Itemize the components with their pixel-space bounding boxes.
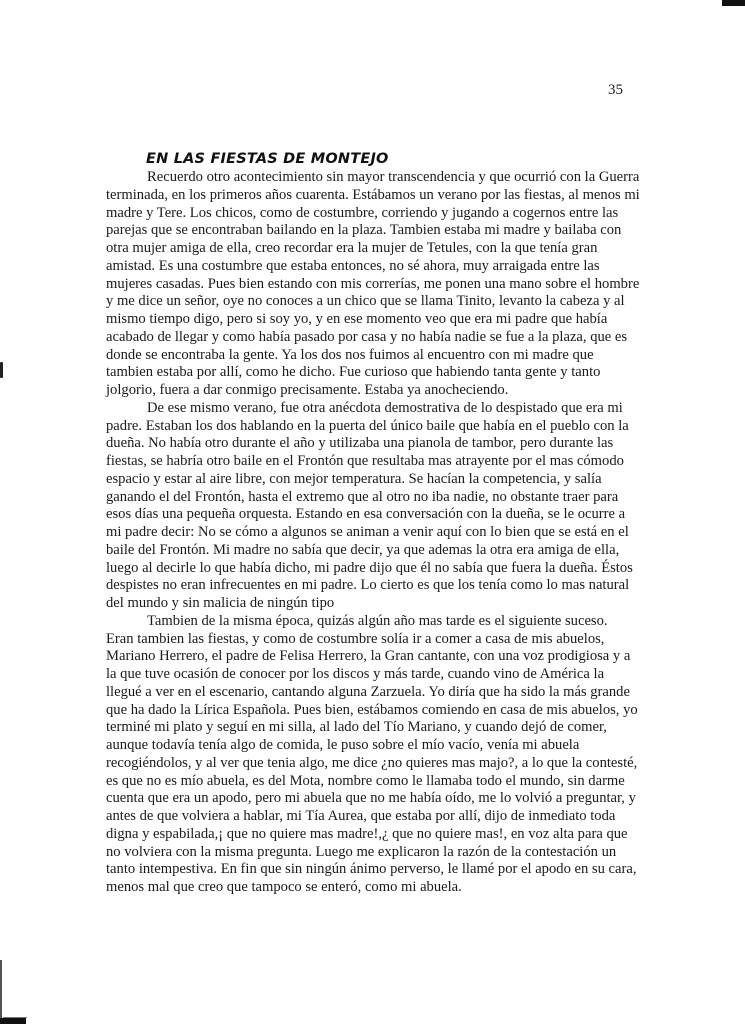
document-body: Recuerdo otro acontecimiento sin mayor t… <box>106 169 666 897</box>
text-line: recogiéndolos, y al ver que tenia algo, … <box>106 755 666 773</box>
page-number: 35 <box>608 82 623 99</box>
text-line: la que tuve ocasión de conocer por los d… <box>106 666 666 684</box>
text-line: Recuerdo otro acontecimiento sin mayor t… <box>106 169 666 187</box>
text-line: terminé mi plato y seguí en mi silla, al… <box>106 719 666 737</box>
text-line: despistes no eran infrecuentes en mi pad… <box>106 577 666 595</box>
section-title: EN LAS FIESTAS DE MONTEJO <box>146 150 389 168</box>
text-line: es que no es mío abuela, es del Mota, no… <box>106 773 666 791</box>
scan-artifact-top-right <box>722 0 745 6</box>
text-line: terminada, en los primeros años cuarenta… <box>106 187 666 205</box>
text-line: tanto intempestiva. En fin que sin ningú… <box>106 861 666 879</box>
text-line: espacio y estar al aire libre, con mejor… <box>106 471 666 489</box>
text-line: parejas que se encontraban bailando en l… <box>106 222 666 240</box>
text-line: amistad. Es una costumbre que estaba ent… <box>106 258 666 276</box>
text-line: digna y espabilada,¡ que no quiere mas m… <box>106 826 666 844</box>
text-line: dueña. No había otro durante el año y ut… <box>106 435 666 453</box>
text-line: ganando el del Frontón, hasta el extremo… <box>106 489 666 507</box>
text-line: Eran tambien las fiestas, y como de cost… <box>106 631 666 649</box>
text-line: aunque todavía tenía algo de comida, le … <box>106 737 666 755</box>
scan-artifact-left-edge <box>0 362 3 378</box>
text-line: jolgorio, fuera a dar conmigo precisamen… <box>106 382 666 400</box>
paragraph: Tambien de la misma época, quizás algún … <box>106 613 666 897</box>
paragraph: Recuerdo otro acontecimiento sin mayor t… <box>106 169 666 400</box>
text-line: y me dice un señor, oye no conoces a un … <box>106 293 666 311</box>
text-line: padre. Estaban los dos hablando en la pu… <box>106 418 666 436</box>
text-line: luego al decirle lo que había dicho, mi … <box>106 560 666 578</box>
text-line: del mundo y sin malicia de ningún tipo <box>106 595 666 613</box>
text-line: otra mujer amiga de ella, creo recordar … <box>106 240 666 258</box>
text-line: Tambien de la misma época, quizás algún … <box>106 613 666 631</box>
text-line: acabado de llegar y como había pasado po… <box>106 329 666 347</box>
scan-artifact-bottom-corner <box>0 1018 26 1024</box>
text-line: baile del Frontón. Mi madre no sabía que… <box>106 542 666 560</box>
text-line: no volviera con la misma pregunta. Luego… <box>106 844 666 862</box>
text-line: que ha dado la Lírica Española. Pues bie… <box>106 702 666 720</box>
text-line: llegué a ver en el escenario, cantando a… <box>106 684 666 702</box>
text-line: cuenta que era un apodo, pero mi abuela … <box>106 790 666 808</box>
text-line: esos días una pequeña orquesta. Estando … <box>106 506 666 524</box>
paragraph: De ese mismo verano, fue otra anécdota d… <box>106 400 666 613</box>
text-line: madre y Tere. Los chicos, como de costum… <box>106 205 666 223</box>
text-line: menos mal que creo que tampoco se enteró… <box>106 879 666 897</box>
text-line: antes de que volviera a hablar, mi Tía A… <box>106 808 666 826</box>
text-line: Mariano Herrero, el padre de Felisa Herr… <box>106 648 666 666</box>
text-line: mujeres casadas. Pues bien estando con m… <box>106 276 666 294</box>
text-line: donde se encontraba la gente. Ya los dos… <box>106 347 666 365</box>
text-line: tambien estaba por allí, como he dicho. … <box>106 364 666 382</box>
scan-artifact-bottom-left-edge <box>0 960 2 1024</box>
text-line: mismo tiempo digo, pero si soy yo, y en … <box>106 311 666 329</box>
text-line: mi padre decir: No se cómo a algunos se … <box>106 524 666 542</box>
text-line: De ese mismo verano, fue otra anécdota d… <box>106 400 666 418</box>
text-line: fiestas, se habría otro baile en el Fron… <box>106 453 666 471</box>
